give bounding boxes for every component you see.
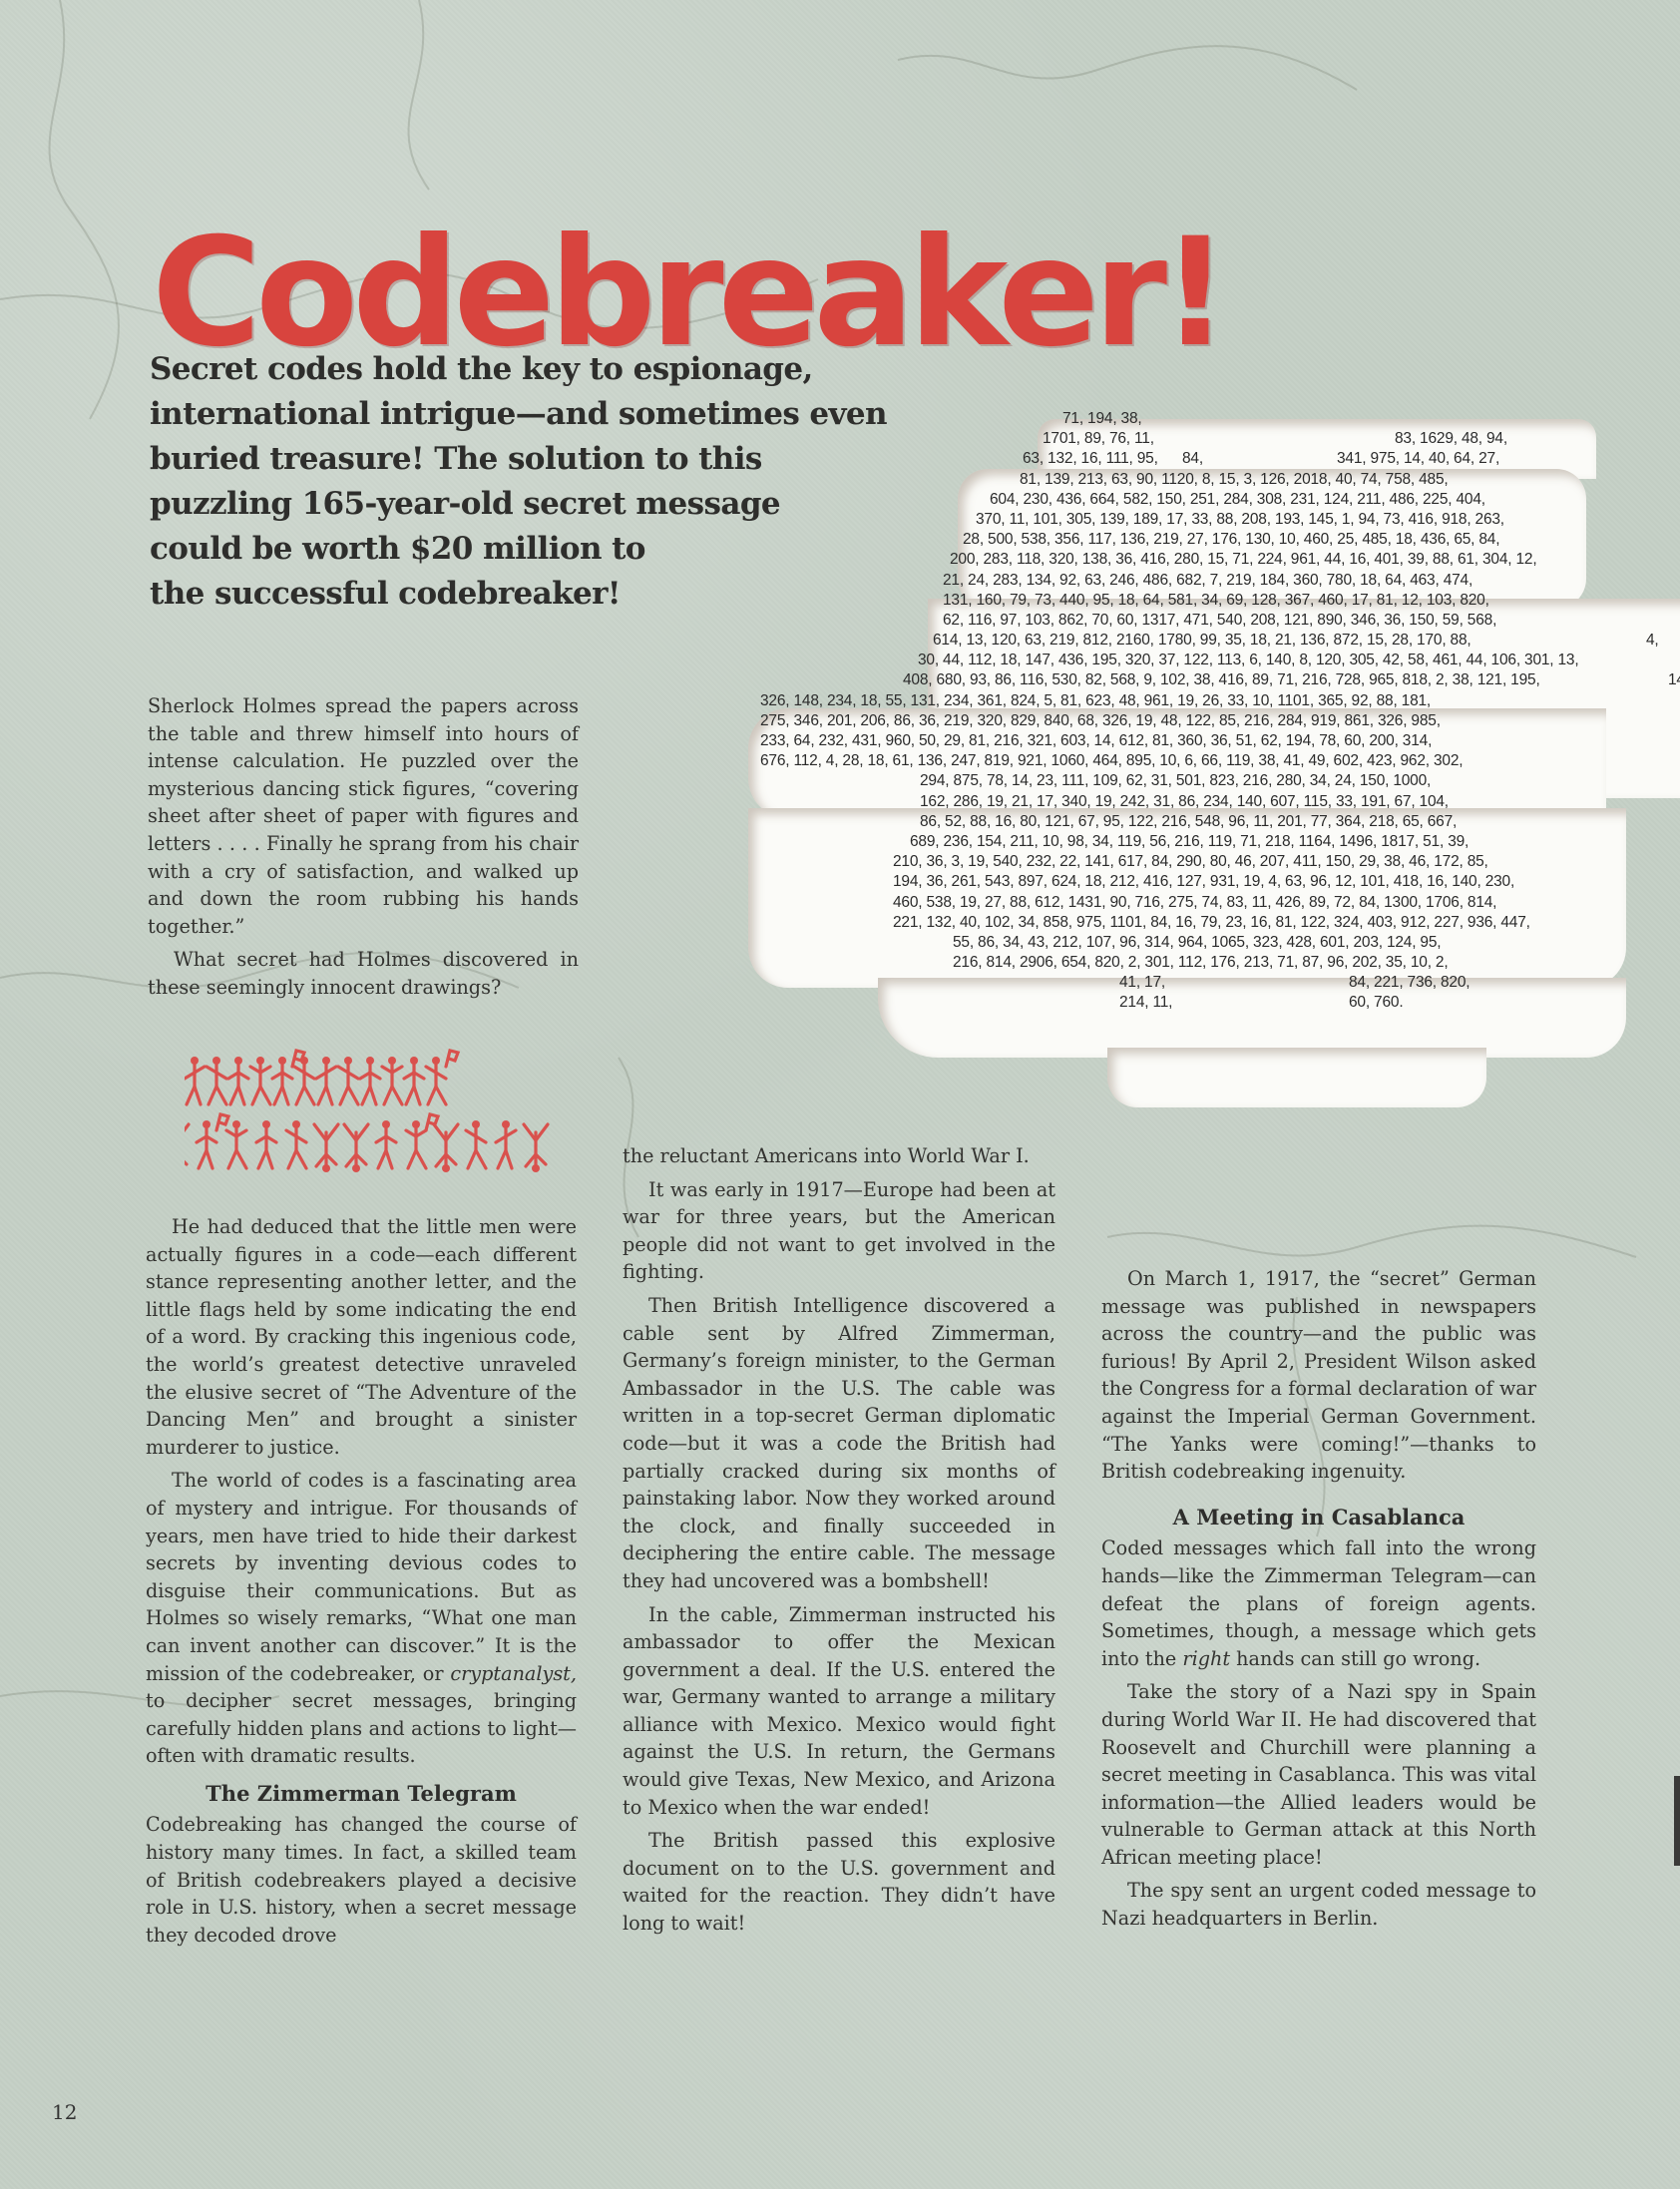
cipher-row: 1701, 89, 76, 11,83, 1629, 48, 94, xyxy=(638,429,1680,449)
dancing-man-figure xyxy=(185,1057,205,1104)
cipher-numbers: 341, 975, 14, 40, 64, 27, xyxy=(1337,449,1499,469)
dancing-man-figure xyxy=(286,1120,306,1168)
cipher-row: 216, 814, 2906, 654, 820, 2, 301, 112, 1… xyxy=(638,953,1680,973)
cipher-row: 194, 36, 261, 543, 897, 624, 18, 212, 41… xyxy=(638,872,1680,892)
cipher-row: 86, 52, 88, 16, 80, 121, 67, 95, 122, 21… xyxy=(638,812,1680,832)
cipher-row: 162, 286, 19, 21, 17, 340, 19, 242, 31, … xyxy=(638,792,1680,812)
paragraph: Codebreaking has changed the course of h… xyxy=(146,1811,577,1949)
cipher-row: 21, 24, 283, 134, 92, 63, 246, 486, 682,… xyxy=(638,571,1680,591)
emphasis: right xyxy=(1182,1647,1230,1670)
cipher-numbers: 604, 230, 436, 664, 582, 150, 251, 284, … xyxy=(990,490,1485,510)
dancing-man-figure xyxy=(314,1124,338,1172)
cipher-numbers: 30, 44, 112, 18, 147, 436, 195, 320, 37,… xyxy=(918,651,1578,670)
cipher-row: 370, 11, 101, 305, 139, 189, 17, 33, 88,… xyxy=(638,510,1680,530)
cipher-row: 689, 236, 154, 211, 10, 98, 34, 119, 56,… xyxy=(638,832,1680,852)
dancing-man-figure xyxy=(344,1124,368,1172)
paragraph: In the cable, Zimmerman instructed his a… xyxy=(623,1601,1055,1822)
cipher-row: 81, 139, 213, 63, 90, 1120, 8, 15, 3, 12… xyxy=(638,470,1680,490)
intro-paragraph: Sherlock Holmes spread the papers across… xyxy=(148,692,579,940)
intro-column: Sherlock Holmes spread the papers across… xyxy=(148,692,579,1008)
cipher-numbers: 71, 194, 38, xyxy=(1062,409,1141,429)
article-title: Codebreaker! xyxy=(152,219,1223,368)
cipher-row: 62, 116, 97, 103, 862, 70, 60, 1317, 471… xyxy=(638,611,1680,631)
paragraph: the reluctant Americans into World War I… xyxy=(623,1142,1055,1170)
cipher-numbers: 275, 346, 201, 206, 86, 36, 219, 320, 82… xyxy=(760,711,1441,731)
dancing-man-figure xyxy=(434,1124,458,1172)
cipher-numbers: 86, 52, 88, 16, 80, 121, 67, 95, 122, 21… xyxy=(920,812,1457,832)
dancing-man-figure xyxy=(406,1114,438,1168)
dancing-man-figure xyxy=(404,1057,424,1104)
emphasis: cryptanalyst, xyxy=(450,1662,577,1685)
cipher-row: 214, 11,60, 760. xyxy=(638,993,1680,1013)
cipher-numbers: 21, 24, 283, 134, 92, 63, 246, 486, 682,… xyxy=(943,571,1472,591)
dancing-man-figure xyxy=(207,1057,226,1104)
column-1: He had deduced that the little men were … xyxy=(146,1213,577,1955)
dancing-man-figure xyxy=(256,1120,276,1168)
dancing-men-illustration xyxy=(185,1043,604,1182)
dancing-man-figure xyxy=(466,1120,486,1168)
cipher-numbers: 221, 132, 40, 102, 34, 858, 975, 1101, 8… xyxy=(893,913,1530,933)
cipher-row: 604, 230, 436, 664, 582, 150, 251, 284, … xyxy=(638,490,1680,510)
text-run: hands can still go wrong. xyxy=(1230,1647,1480,1670)
cipher-row: 233, 64, 232, 431, 960, 50, 29, 81, 216,… xyxy=(638,731,1680,751)
beale-cipher-numbers: 71, 194, 38,1701, 89, 76, 11,83, 1629, 4… xyxy=(638,409,1680,1014)
dancing-man-figure xyxy=(226,1120,246,1168)
cipher-numbers: 81, 139, 213, 63, 90, 1120, 8, 15, 3, 12… xyxy=(1020,470,1449,490)
section-heading-zimmerman: The Zimmerman Telegram xyxy=(146,1780,577,1808)
cipher-numbers: 1701, 89, 76, 11, xyxy=(1043,429,1154,449)
intro-question: What secret had Holmes discovered in the… xyxy=(148,946,579,1001)
cipher-numbers: 216, 814, 2906, 654, 820, 2, 301, 112, 1… xyxy=(953,953,1448,973)
cipher-numbers: 14 xyxy=(1668,670,1680,690)
cipher-numbers: 63, 132, 16, 111, 95, xyxy=(1023,449,1158,469)
dancing-man-figure xyxy=(228,1057,248,1104)
puzzle-gap xyxy=(1107,1048,1486,1107)
paragraph: He had deduced that the little men were … xyxy=(146,1213,577,1461)
cipher-numbers: 62, 116, 97, 103, 862, 70, 60, 1317, 471… xyxy=(943,611,1496,631)
dancing-man-figure xyxy=(294,1057,314,1104)
column-2: the reluctant Americans into World War I… xyxy=(623,1142,1055,1944)
page-edge-mark xyxy=(1674,1776,1680,1866)
cipher-row: 210, 36, 3, 19, 540, 232, 22, 141, 617, … xyxy=(638,852,1680,872)
paragraph: The spy sent an urgent coded message to … xyxy=(1101,1877,1536,1932)
text-run: The world of codes is a fascinating area… xyxy=(146,1469,577,1684)
cipher-row: 294, 875, 78, 14, 23, 111, 109, 62, 31, … xyxy=(638,771,1680,791)
cipher-numbers: 210, 36, 3, 19, 540, 232, 22, 141, 617, … xyxy=(893,852,1488,872)
cipher-numbers: 28, 500, 538, 356, 117, 136, 219, 27, 17… xyxy=(963,530,1499,550)
cipher-row: 131, 160, 79, 73, 440, 95, 18, 64, 581, … xyxy=(638,591,1680,611)
paragraph: Then British Intelligence discovered a c… xyxy=(623,1292,1055,1595)
cipher-numbers: 4, xyxy=(1646,631,1659,651)
cipher-row: 408, 680, 93, 86, 116, 530, 82, 568, 9, … xyxy=(638,670,1680,690)
cipher-numbers: 55, 86, 34, 43, 212, 107, 96, 314, 964, … xyxy=(953,933,1441,953)
cipher-row: 63, 132, 16, 111, 95,84,341, 975, 14, 40… xyxy=(638,449,1680,469)
cipher-row: 326, 148, 234, 18, 55, 131, 234, 361, 82… xyxy=(638,691,1680,711)
dancing-man-figure xyxy=(250,1057,270,1104)
cipher-numbers: 233, 64, 232, 431, 960, 50, 29, 81, 216,… xyxy=(760,731,1432,751)
dancing-man-figure xyxy=(426,1051,458,1104)
cipher-row: 200, 283, 118, 320, 138, 36, 416, 280, 1… xyxy=(638,550,1680,570)
cipher-numbers: 408, 680, 93, 86, 116, 530, 82, 568, 9, … xyxy=(903,670,1540,690)
dancing-man-figure xyxy=(316,1057,336,1104)
cipher-numbers: 614, 13, 120, 63, 219, 812, 2160, 1780, … xyxy=(933,631,1470,651)
deck-line: Secret codes hold the key to espionage, xyxy=(150,347,908,392)
cipher-numbers: 83, 1629, 48, 94, xyxy=(1395,429,1507,449)
paragraph: On March 1, 1917, the “secret” German me… xyxy=(1101,1265,1536,1486)
dancing-man-figure xyxy=(185,1124,189,1172)
cipher-row: 221, 132, 40, 102, 34, 858, 975, 1101, 8… xyxy=(638,913,1680,933)
paragraph: The world of codes is a fascinating area… xyxy=(146,1467,577,1770)
cipher-numbers: 194, 36, 261, 543, 897, 624, 18, 212, 41… xyxy=(893,872,1514,892)
cipher-row: 55, 86, 34, 43, 212, 107, 96, 314, 964, … xyxy=(638,933,1680,953)
cipher-numbers: 41, 17, xyxy=(1119,973,1165,993)
cipher-numbers: 326, 148, 234, 18, 55, 131, 234, 361, 82… xyxy=(760,691,1431,711)
cipher-numbers: 689, 236, 154, 211, 10, 98, 34, 119, 56,… xyxy=(910,832,1469,852)
cipher-row: 41, 17,84, 221, 736, 820, xyxy=(638,973,1680,993)
cipher-numbers: 60, 760. xyxy=(1349,993,1403,1013)
column-3: On March 1, 1917, the “secret” German me… xyxy=(1101,1265,1536,1939)
cipher-row: 71, 194, 38, xyxy=(638,409,1680,429)
paragraph: Coded messages which fall into the wrong… xyxy=(1101,1534,1536,1672)
dancing-man-figure xyxy=(360,1057,380,1104)
cipher-numbers: 84, 221, 736, 820, xyxy=(1349,973,1470,993)
cipher-numbers: 84, xyxy=(1182,449,1203,469)
cipher-numbers: 200, 283, 118, 320, 138, 36, 416, 280, 1… xyxy=(950,550,1536,570)
cipher-row: 28, 500, 538, 356, 117, 136, 219, 27, 17… xyxy=(638,530,1680,550)
dancing-man-figure xyxy=(338,1057,358,1104)
cipher-row: 30, 44, 112, 18, 147, 436, 195, 320, 37,… xyxy=(638,651,1680,670)
dancing-man-figure xyxy=(197,1114,228,1168)
cipher-numbers: 214, 11, xyxy=(1119,993,1172,1013)
dancing-man-figure xyxy=(382,1057,402,1104)
text-run: to decipher secret messages, bringing ca… xyxy=(146,1689,577,1767)
cipher-row: 460, 538, 19, 27, 88, 612, 1431, 90, 716… xyxy=(638,893,1680,913)
cipher-numbers: 131, 160, 79, 73, 440, 95, 18, 64, 581, … xyxy=(943,591,1489,611)
cipher-numbers: 162, 286, 19, 21, 17, 340, 19, 242, 31, … xyxy=(920,792,1449,812)
paragraph: It was early in 1917—Europe had been at … xyxy=(623,1176,1055,1286)
cipher-numbers: 460, 538, 19, 27, 88, 612, 1431, 90, 716… xyxy=(893,893,1496,913)
page-number: 12 xyxy=(52,2100,77,2124)
paragraph: The British passed this explosive docume… xyxy=(623,1827,1055,1937)
paragraph: Take the story of a Nazi spy in Spain du… xyxy=(1101,1678,1536,1871)
cipher-row: 614, 13, 120, 63, 219, 812, 2160, 1780, … xyxy=(638,631,1680,651)
cipher-numbers: 676, 112, 4, 28, 18, 61, 136, 247, 819, … xyxy=(760,751,1463,771)
section-heading-casablanca: A Meeting in Casablanca xyxy=(1101,1504,1536,1532)
cipher-numbers: 294, 875, 78, 14, 23, 111, 109, 62, 31, … xyxy=(920,771,1431,791)
cipher-row: 275, 346, 201, 206, 86, 36, 219, 320, 82… xyxy=(638,711,1680,731)
cipher-numbers: 370, 11, 101, 305, 139, 189, 17, 33, 88,… xyxy=(976,510,1504,530)
dancing-man-figure xyxy=(524,1124,548,1172)
cipher-row: 676, 112, 4, 28, 18, 61, 136, 247, 819, … xyxy=(638,751,1680,771)
dancing-man-figure xyxy=(496,1120,516,1168)
dancing-man-figure xyxy=(376,1120,396,1168)
